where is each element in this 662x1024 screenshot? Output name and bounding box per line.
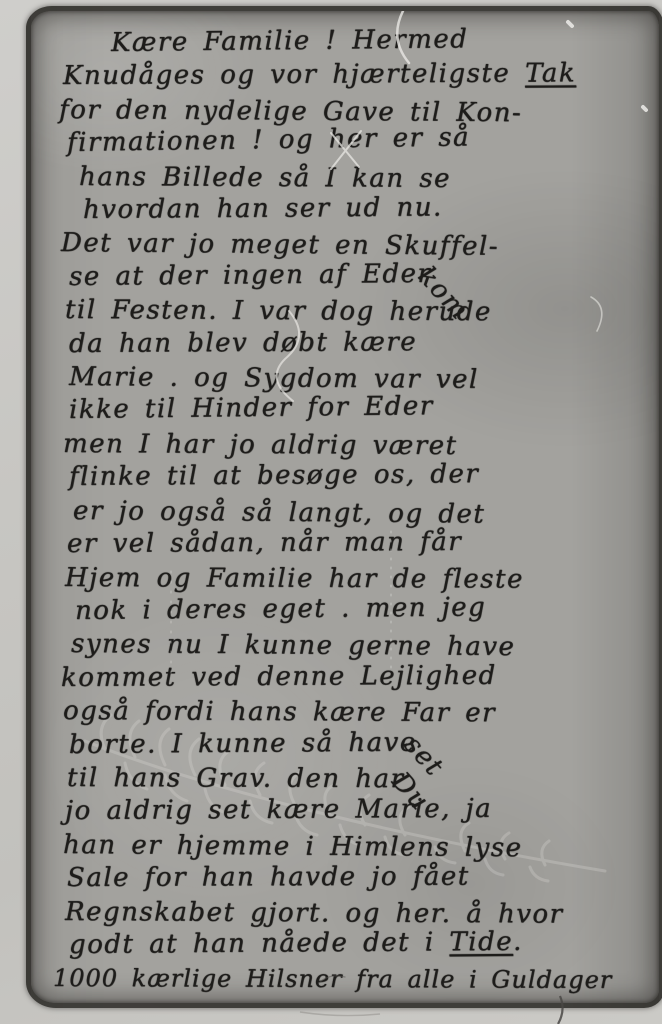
letter-line: ikke til Hinder for Eder bbox=[69, 388, 653, 428]
letter-line: Knudåges og vor hjærteligste Tak bbox=[63, 57, 653, 93]
letter-line: firmationen ! og her er så bbox=[67, 119, 653, 161]
letter-line: Sale for han havde jo fået bbox=[67, 860, 653, 895]
letter-line: nok i deres eget . men jeg bbox=[75, 590, 653, 628]
scanned-letter-photo: Kære Familie ! HermedKnudåges og vor hjæ… bbox=[0, 0, 662, 1024]
letter-line: da han blev døbt kære bbox=[69, 325, 653, 361]
letter-line: kommet ved denne Lejlighed bbox=[61, 659, 653, 696]
letter-line: godt at han nåede det i Tide. bbox=[69, 925, 653, 962]
letter-line: Kære Familie ! Hermed bbox=[111, 21, 653, 60]
letter-line: er vel sådan, når man får bbox=[67, 525, 653, 561]
letter-line: borte. I kunne så haveset bbox=[69, 724, 653, 761]
letter-line: hvordan han ser ud nu. bbox=[83, 190, 653, 227]
letter-line: jo aldrig set kære Marie, ja bbox=[65, 792, 653, 828]
letter-card: Kære Familie ! HermedKnudåges og vor hjæ… bbox=[26, 6, 662, 1008]
letter-line: flinke til at besøge os, der bbox=[69, 457, 653, 494]
letter-body: Kære Familie ! HermedKnudåges og vor hjæ… bbox=[31, 11, 659, 1003]
letter-line: se at der ingen af Ederkom bbox=[69, 256, 653, 295]
letter-line: 1000 kærlige Hilsner fra alle i Guldager bbox=[53, 962, 653, 998]
